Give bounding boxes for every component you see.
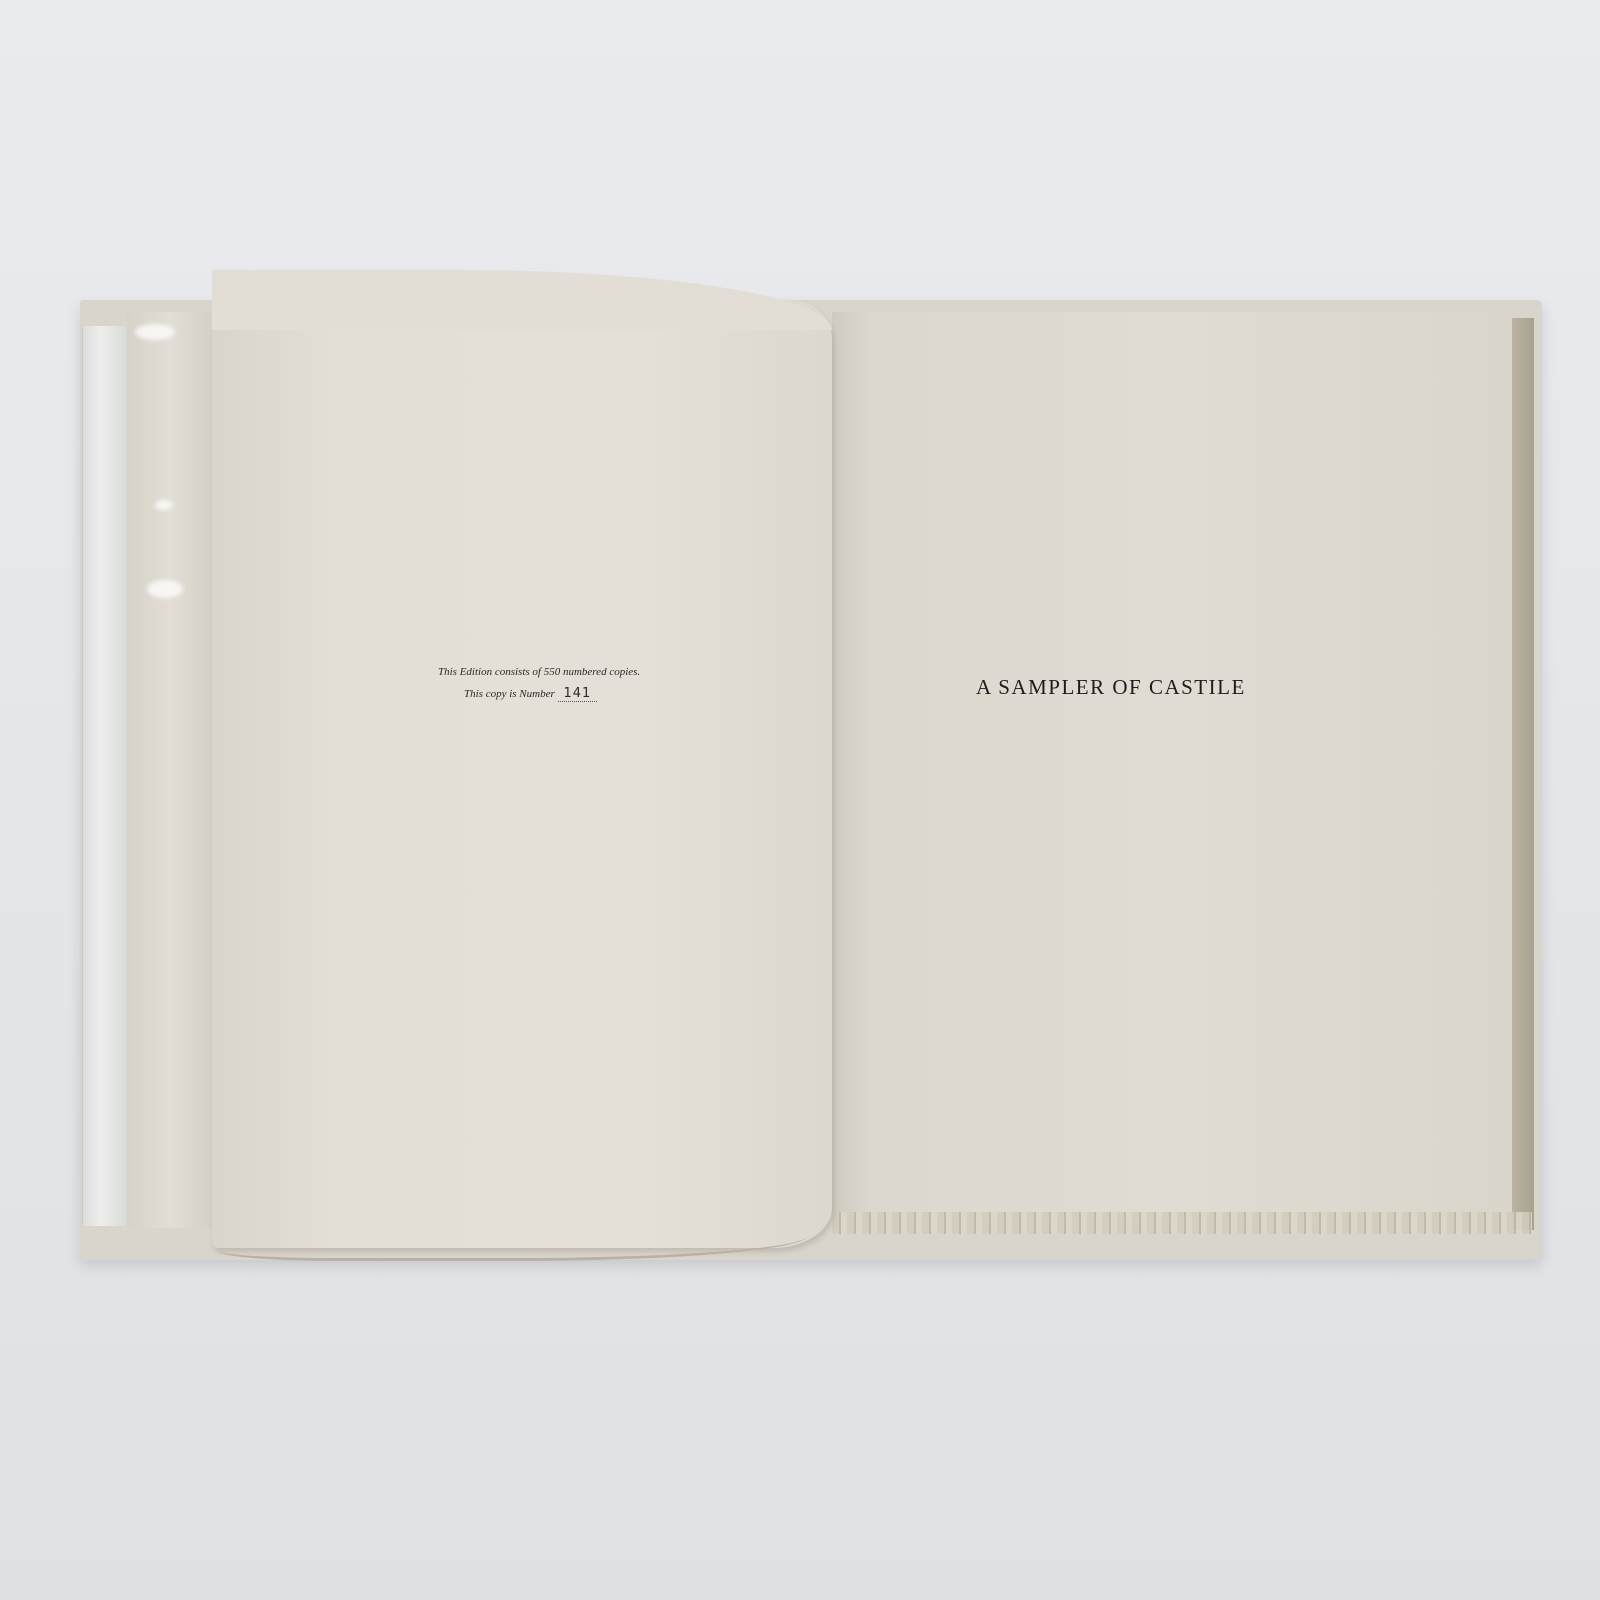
- glare-highlight: [135, 324, 175, 340]
- glare-highlight: [147, 580, 183, 598]
- photo-scene: This Edition consists of 550 numbered co…: [0, 0, 1600, 1600]
- copy-number-label: This copy is Number: [464, 688, 555, 700]
- limitation-page: [212, 300, 832, 1248]
- book-title: A SAMPLER OF CASTILE: [976, 675, 1246, 700]
- mylar-dust-jacket-sleeve: [82, 326, 128, 1226]
- glare-highlight: [155, 500, 173, 510]
- limitation-statement: This Edition consists of 550 numbered co…: [438, 661, 718, 705]
- limitation-line-2: This copy is Number 141: [438, 683, 718, 705]
- handwritten-copy-number: 141: [558, 686, 598, 702]
- deckle-edge-left: [218, 1210, 808, 1261]
- book-gutter-binding: [127, 312, 215, 1228]
- limitation-line-1: This Edition consists of 550 numbered co…: [438, 661, 718, 683]
- page-fore-edge: [1512, 318, 1534, 1230]
- title-page: [832, 312, 1512, 1227]
- deckle-edge-right: [832, 1212, 1532, 1234]
